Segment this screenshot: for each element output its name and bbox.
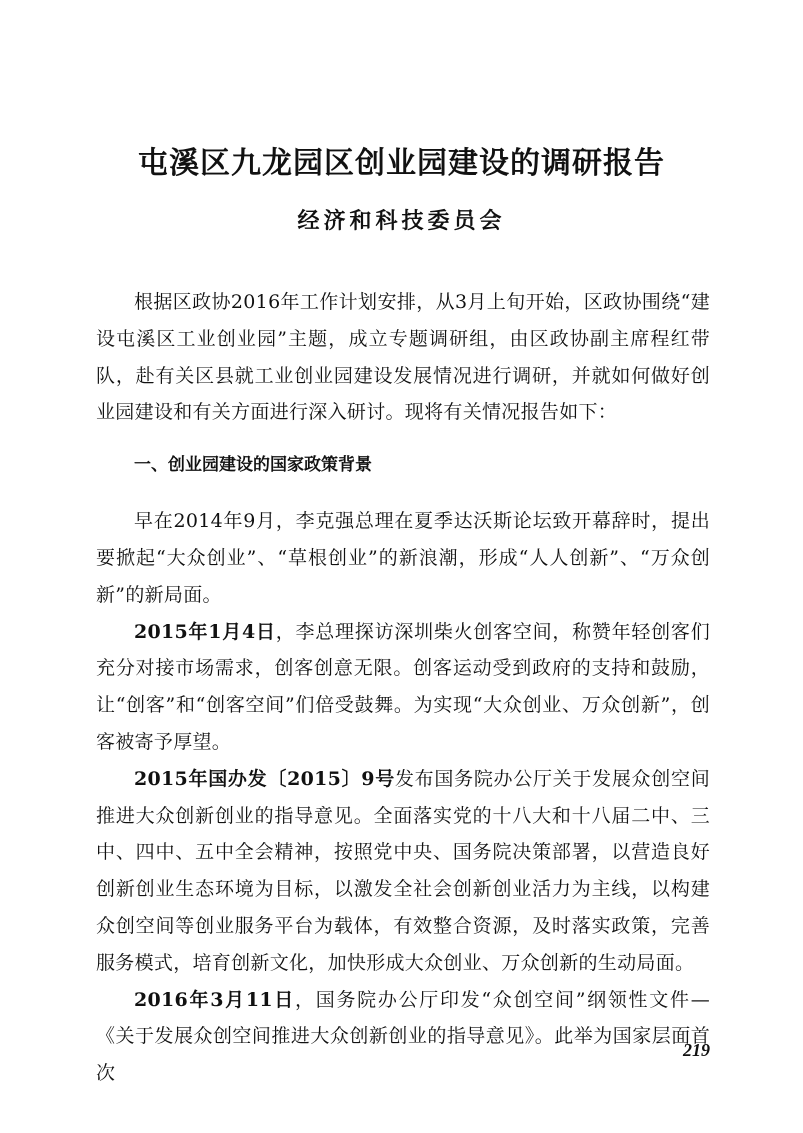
section-heading: 一、创业园建设的国家政策背景 xyxy=(96,447,710,483)
document-title: 屯溪区九龙园区创业园建设的调研报告 xyxy=(0,142,803,186)
document-author: 经济和科技委员会 xyxy=(0,204,803,238)
paragraph-2015-policy: 2015年国办发〔2015〕9号发布国务院办公厅关于发展众创空间推进大众创新创业… xyxy=(96,761,710,982)
paragraph-lead: 2015年国办发〔2015〕9号 xyxy=(134,768,395,790)
paragraph-text: 早在2014年9月，李克强总理在夏季达沃斯论坛致开幕辞时，提出要掀起“大众创业”… xyxy=(96,510,710,606)
paragraph-2016-mar: 2016年3月11日，国务院办公厅印发“众创空间”纲领性文件—《关于发展众创空间… xyxy=(96,982,710,1092)
paragraph-2014: 早在2014年9月，李克强总理在夏季达沃斯论坛致开幕辞时，提出要掀起“大众创业”… xyxy=(96,503,710,613)
document-body: 根据区政协2016年工作计划安排，从3月上旬开始，区政协围绕“建设屯溪区工业创业… xyxy=(96,284,710,1092)
paragraph-lead: 根据区政协2016年 xyxy=(134,291,300,313)
paragraph-lead: 2016年3月11日 xyxy=(134,989,295,1011)
paragraph-lead: 2015年1月4日 xyxy=(134,621,276,643)
paragraph-text: 发布国务院办公厅关于发展众创空间推进大众创新创业的指导意见。全面落实党的十八大和… xyxy=(96,768,710,974)
page-number: 219 xyxy=(660,1040,710,1061)
paragraph-2015-jan: 2015年1月4日，李总理探访深圳柴火创客空间，称赞年轻创客们充分对接市场需求，… xyxy=(96,614,710,761)
intro-paragraph: 根据区政协2016年工作计划安排，从3月上旬开始，区政协围绕“建设屯溪区工业创业… xyxy=(96,284,710,431)
